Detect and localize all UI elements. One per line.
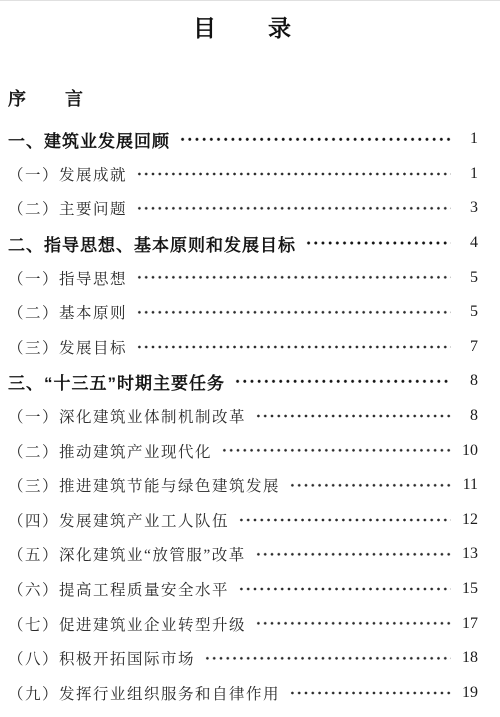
toc-entry: （一）深化建筑业体制机制改革 8	[8, 399, 478, 434]
toc-entry: （四）发展建筑产业工人队伍 12	[8, 503, 478, 538]
dot-leader	[221, 433, 451, 468]
toc-entry: 三、“十三五”时期主要任务 8	[8, 364, 478, 399]
toc-entry-label: （三）推进建筑节能与绿色建筑发展	[8, 474, 280, 496]
dot-leader	[289, 676, 451, 711]
toc-entry-label: （二）推动建筑产业现代化	[8, 440, 212, 462]
toc-entry-label: （八）积极开拓国际市场	[8, 647, 195, 669]
dot-leader	[238, 503, 451, 538]
dot-leader	[305, 226, 451, 261]
toc-entry: （九）发挥行业组织服务和自律作用 19	[8, 676, 478, 711]
toc-entry: （二）推动建筑产业现代化 10	[8, 433, 478, 468]
toc-entry-label: （九）发挥行业组织服务和自律作用	[8, 682, 280, 704]
dot-leader	[136, 295, 451, 330]
toc-entry-page: 5	[458, 303, 478, 321]
toc-entry-page: 3	[458, 199, 478, 217]
toc-entry-label: （六）提高工程质量安全水平	[8, 578, 229, 600]
toc-entry-label: （七）促进建筑业企业转型升级	[8, 613, 246, 635]
toc-entry-label: 三、“十三五”时期主要任务	[8, 369, 225, 394]
toc-entry-page: 8	[458, 372, 478, 390]
toc-entry: （五）深化建筑业“放管服”改革 13	[8, 537, 478, 572]
dot-leader	[136, 157, 451, 192]
toc-entry-page: 15	[458, 580, 478, 598]
toc-list: 一、建筑业发展回顾 1 （一）发展成就 1 （二）主要问题 3 二、指导思想、基…	[8, 122, 478, 710]
toc-entry-label: （四）发展建筑产业工人队伍	[8, 509, 229, 531]
dot-leader	[255, 537, 451, 572]
toc-entry-page: 11	[458, 476, 478, 494]
toc-entry-page: 12	[458, 511, 478, 529]
dot-leader	[136, 191, 451, 226]
dot-leader	[255, 399, 451, 434]
toc-entry: （三）推进建筑节能与绿色建筑发展 11	[8, 468, 478, 503]
toc-entry-page: 7	[458, 338, 478, 356]
toc-entry-page: 8	[458, 407, 478, 425]
toc-entry-page: 5	[458, 269, 478, 287]
toc-entry-page: 18	[458, 649, 478, 667]
toc-entry-label: （二）基本原则	[8, 301, 127, 323]
dot-leader	[136, 330, 451, 365]
toc-entry-label: （一）指导思想	[8, 267, 127, 289]
toc-entry-page: 10	[458, 442, 478, 460]
preface-heading: 序 言	[8, 89, 478, 109]
toc-entry-page: 1	[458, 165, 478, 183]
toc-entry: （一）发展成就 1	[8, 157, 478, 192]
dot-leader	[136, 260, 451, 295]
toc-entry: （三）发展目标 7	[8, 330, 478, 365]
toc-entry-page: 13	[458, 545, 478, 563]
toc-entry-page: 1	[458, 130, 478, 148]
toc-entry: （六）提高工程质量安全水平 15	[8, 572, 478, 607]
toc-entry: （二）主要问题 3	[8, 191, 478, 226]
toc-entry-label: 二、指导思想、基本原则和发展目标	[8, 231, 296, 256]
toc-entry-label: （五）深化建筑业“放管服”改革	[8, 543, 246, 565]
toc-entry: （二）基本原则 5	[8, 295, 478, 330]
toc-page: 目 录 序 言 一、建筑业发展回顾 1 （一）发展成就 1 （二）主要问题 3 …	[0, 1, 500, 717]
toc-entry-page: 17	[458, 615, 478, 633]
toc-entry: （七）促进建筑业企业转型升级 17	[8, 606, 478, 641]
dot-leader	[289, 468, 451, 503]
toc-entry-page: 19	[458, 684, 478, 702]
toc-entry-label: （三）发展目标	[8, 336, 127, 358]
toc-entry-label: （一）发展成就	[8, 163, 127, 185]
dot-leader	[179, 122, 451, 157]
dot-leader	[234, 364, 451, 399]
toc-entry-label: 一、建筑业发展回顾	[8, 127, 170, 152]
toc-entry: 二、指导思想、基本原则和发展目标 4	[8, 226, 478, 261]
toc-entry-page: 4	[458, 234, 478, 252]
toc-entry: （一）指导思想 5	[8, 260, 478, 295]
page-title: 目 录	[8, 13, 478, 45]
toc-entry: 一、建筑业发展回顾 1	[8, 122, 478, 157]
toc-entry: （八）积极开拓国际市场 18	[8, 641, 478, 676]
dot-leader	[255, 606, 451, 641]
dot-leader	[238, 572, 451, 607]
toc-entry-label: （二）主要问题	[8, 197, 127, 219]
toc-entry-label: （一）深化建筑业体制机制改革	[8, 405, 246, 427]
dot-leader	[204, 641, 451, 676]
